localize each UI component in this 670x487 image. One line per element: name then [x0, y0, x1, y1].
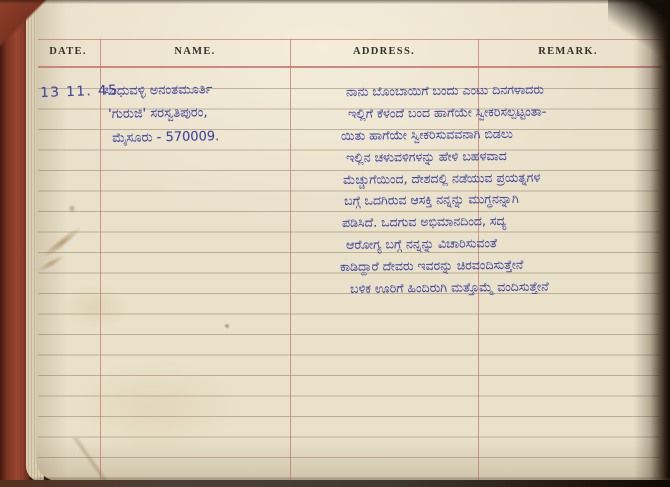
entry-remark-line: ನಾನು ಬೊಂಬಾಯಿಗೆ ಬಂದು ಎಂಟು ದಿನಗಳಾದರು: [346, 82, 544, 100]
entry-remark-line: ಇಲ್ಲಿಗೆ ಕೆಳಂದೆ ಬಂದ ಹಾಗೆಯೇ ಸ್ವೀಕರಿಸಲ್ಪಟ್ಟ…: [348, 104, 546, 122]
entry-remark-line: ಕಾಡಿದ್ದಾರೆ ದೇವರು ಇವರನ್ನು ಚಿರವಂದಿಸುತ್ತೇನೆ: [340, 257, 523, 275]
photo-edge-top: [0, 0, 670, 4]
column-header-address: ADDRESS.: [290, 46, 478, 62]
entry-remark-line: ಮೆಚ್ಚುಗೆಯಿಂದ, ದೇಶದಲ್ಲಿ ನಡೆಯುವ ಪ್ರಯತ್ನಗಳ: [343, 170, 540, 188]
entry-remark-line: ಆರೋಗ್ಯ ಬಗ್ಗೆ ನನ್ನನ್ನು ವಿಚಾರಿಸುವಂತೆ: [346, 235, 497, 253]
entry-remark-line: ಯಿತು ಹಾಗೆಯೇ ಸ್ವೀಕರಿಸುವವನಾಗಿ ಬಿಡಲು: [341, 126, 513, 144]
entry-remark-line: ಬಗ್ಗೆ ಒದಗಿರುವ ಆಸಕ್ತಿ ನನ್ನನ್ನು ಮುಗ್ಧನನ್ನಾ…: [344, 191, 519, 209]
scanned-register-photo: DATE. NAME. ADDRESS. REMARK. 13 11. 45 ಸ…: [0, 0, 670, 487]
entry-name-line: 'ಗುರುಜಿ' ಸರಸ್ವತಿಪುರಂ,: [108, 105, 208, 122]
header-top-rule: [38, 39, 662, 40]
page-crease: [50, 438, 130, 480]
cover-corner: [0, 0, 48, 48]
entry-remark-line: ಪಡಿಸಿದೆ. ಒದಗುವ ಅಭಿಮಾನದಿಂದ, ಸದ್ಯ: [342, 213, 506, 231]
photo-edge-bottom: [0, 480, 670, 487]
top-right-shadow: [608, 0, 670, 72]
ruled-lines: [38, 88, 660, 479]
header-bottom-rule: [38, 66, 662, 68]
gutter-shadow: [634, 0, 670, 487]
column-divider-name-address: [290, 39, 291, 480]
entry-remark-line: ಇಲ್ಲಿನ ಚಳುವಳಿಗಳನ್ನು ಹೇಳಿ ಬಹಳವಾದ: [346, 148, 507, 166]
entry-remark-line: ಬಳಿಕ ಊರಿಗೆ ಹಿಂದಿರುಗಿ ಮತ್ತೊಮ್ಮೆ ವಂದಿಸುತ್ತ…: [350, 279, 549, 297]
column-header-date: DATE.: [36, 46, 100, 62]
column-header-name: NAME.: [100, 46, 290, 62]
entry-name-line: ಸಿಂಧುವಳ್ಳಿ ಅನಂತಮೂರ್ತಿ: [104, 82, 213, 99]
entry-name-line: ಮೈಸೂರು - 570009.: [112, 129, 219, 146]
column-divider-date-name: [100, 39, 101, 480]
